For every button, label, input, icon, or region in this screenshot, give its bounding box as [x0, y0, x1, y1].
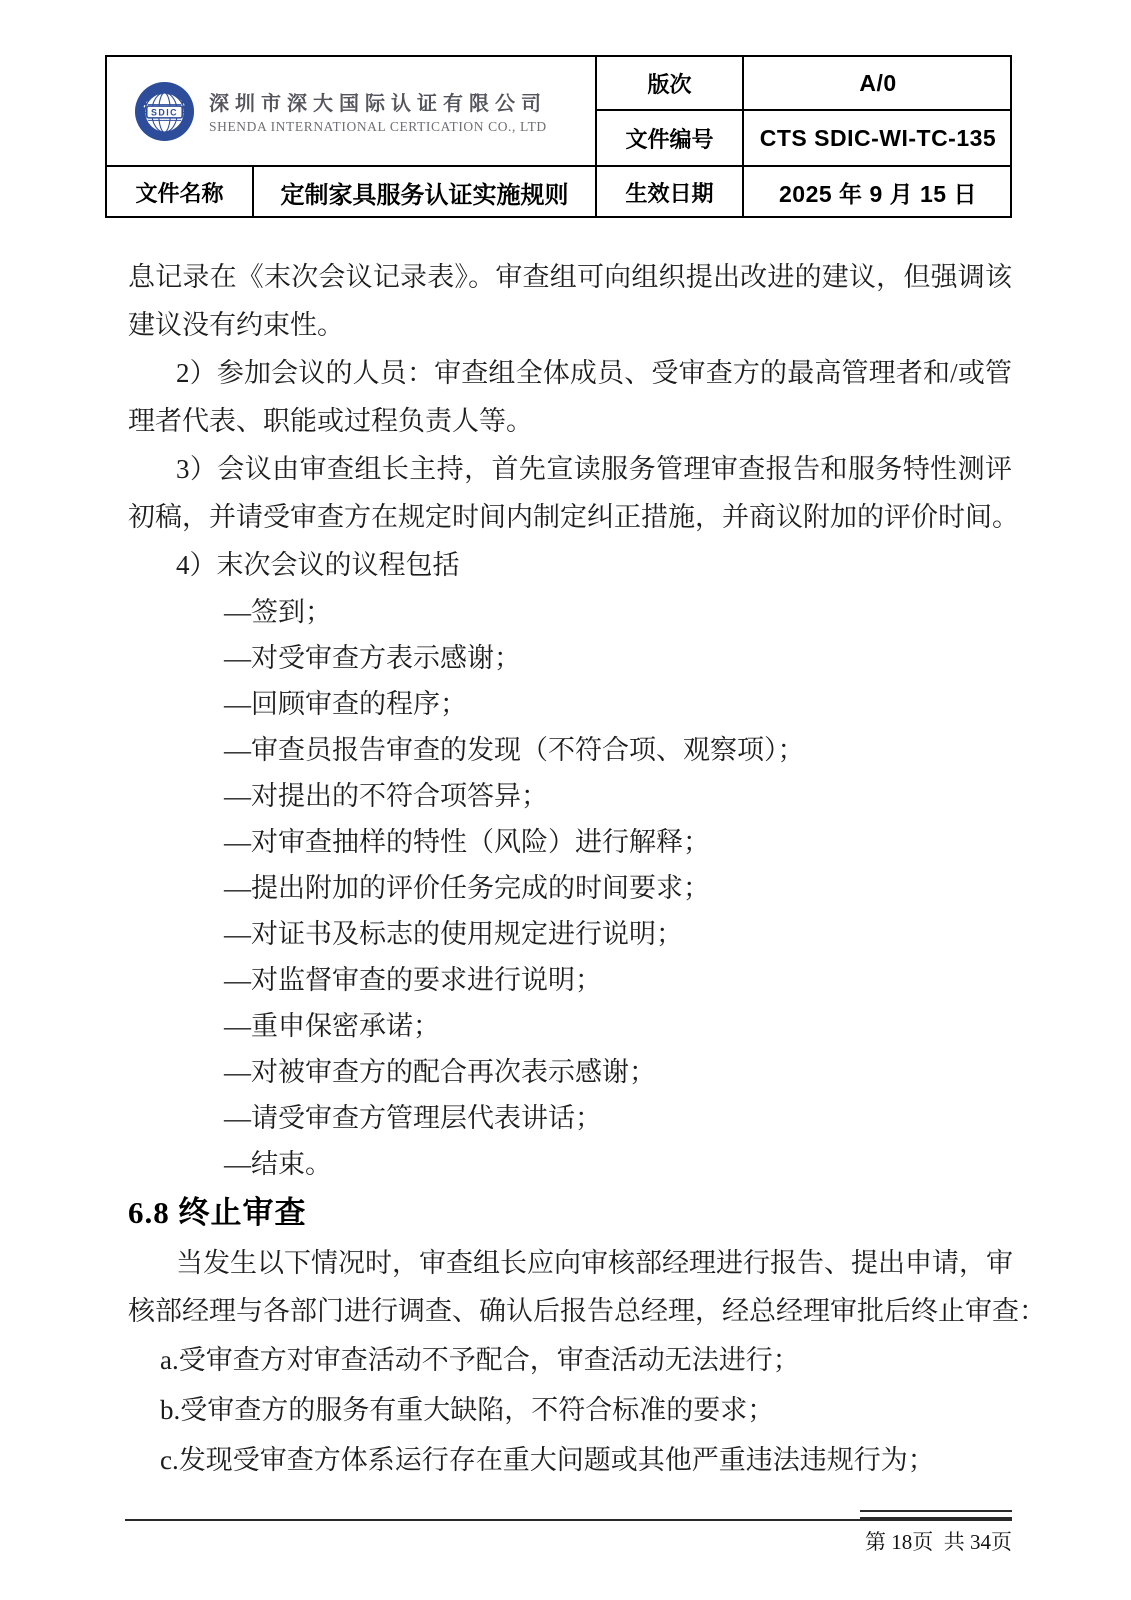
agenda-item: —重申保密承诺； [128, 1003, 1012, 1049]
document-header-table: SDIC 深圳市深大国际认证有限公司 SHENDA INTERNATIONAL … [105, 55, 1012, 218]
section-heading-6-8: 6.8 终止审查 [128, 1187, 1012, 1239]
effective-date-label: 生效日期 [597, 165, 744, 218]
company-name-cn: 深圳市深大国际认证有限公司 [209, 87, 547, 116]
logo-sdic-text: SDIC [151, 107, 178, 117]
agenda-item: —对证书及标志的使用规定进行说明； [128, 911, 1012, 957]
body-line: 建议没有约束性。 [128, 301, 1012, 349]
version-label: 版次 [597, 57, 744, 111]
agenda-item: —对监督审查的要求进行说明； [128, 957, 1012, 1003]
company-globe-logo-icon: SDIC [133, 80, 196, 143]
body-line: 息记录在《末次会议记录表》。审查组可向组织提出改进的建议，但强调该 [128, 253, 1012, 301]
agenda-item: —对审查抽样的特性（风险）进行解释； [128, 819, 1012, 865]
company-name-en: SHENDA INTERNATIONAL CERTICATION CO., LT… [209, 119, 547, 135]
document-body: 息记录在《末次会议记录表》。审查组可向组织提出改进的建议，但强调该 建议没有约束… [128, 253, 1012, 1485]
body-line: 3）会议由审查组长主持，首先宣读服务管理审查报告和服务特性测评 [128, 445, 1012, 493]
doc-number-value: CTS SDIC-WI-TC-135 [744, 111, 1012, 165]
body-line: 初稿，并请受审查方在规定时间内制定纠正措施，并商议附加的评价时间。 [128, 493, 1012, 541]
body-line: 理者代表、职能或过程负责人等。 [128, 397, 1012, 445]
agenda-item: —提出附加的评价任务完成的时间要求； [128, 865, 1012, 911]
condition-item-c: c.发现受审查方体系运行存在重大问题或其他严重违法违规行为； [128, 1435, 1012, 1485]
body-line: 4）末次会议的议程包括 [128, 541, 1012, 589]
agenda-item: —审查员报告审查的发现（不符合项、观察项）； [128, 727, 1012, 773]
body-line: 核部经理与各部门进行调查、确认后报告总经理，经总经理审批后终止审查： [128, 1287, 1012, 1335]
version-value: A/0 [744, 57, 1012, 111]
page-number: 第 18页 共 34页 [865, 1526, 1012, 1556]
company-header-cell: SDIC 深圳市深大国际认证有限公司 SHENDA INTERNATIONAL … [107, 57, 597, 165]
doc-name-value: 定制家具服务认证实施规则 [254, 165, 597, 218]
condition-item-a: a.受审查方对审查活动不予配合，审查活动无法进行； [128, 1335, 1012, 1385]
footer-rule [125, 1519, 1012, 1521]
condition-item-b: b.受审查方的服务有重大缺陷，不符合标准的要求； [128, 1385, 1012, 1435]
agenda-item: —请受审查方管理层代表讲话； [128, 1095, 1012, 1141]
effective-date-value: 2025 年 9 月 15 日 [744, 165, 1012, 218]
doc-name-label: 文件名称 [107, 165, 254, 218]
footer-double-rule [860, 1510, 1012, 1519]
body-line: 当发生以下情况时，审查组长应向审核部经理进行报告、提出申请，审 [128, 1239, 1012, 1287]
agenda-item: —回顾审查的程序； [128, 681, 1012, 727]
doc-number-label: 文件编号 [597, 111, 744, 165]
document-page: SDIC 深圳市深大国际认证有限公司 SHENDA INTERNATIONAL … [0, 0, 1131, 1600]
agenda-item: —对提出的不符合项答异； [128, 773, 1012, 819]
agenda-item: —结束。 [128, 1141, 1012, 1187]
agenda-item: —对受审查方表示感谢； [128, 635, 1012, 681]
company-names: 深圳市深大国际认证有限公司 SHENDA INTERNATIONAL CERTI… [209, 87, 547, 135]
agenda-item: —对被审查方的配合再次表示感谢； [128, 1049, 1012, 1095]
company-identity: SDIC 深圳市深大国际认证有限公司 SHENDA INTERNATIONAL … [133, 80, 547, 143]
body-line: 2）参加会议的人员：审查组全体成员、受审查方的最高管理者和/或管 [128, 349, 1012, 397]
agenda-item: —签到； [128, 589, 1012, 635]
